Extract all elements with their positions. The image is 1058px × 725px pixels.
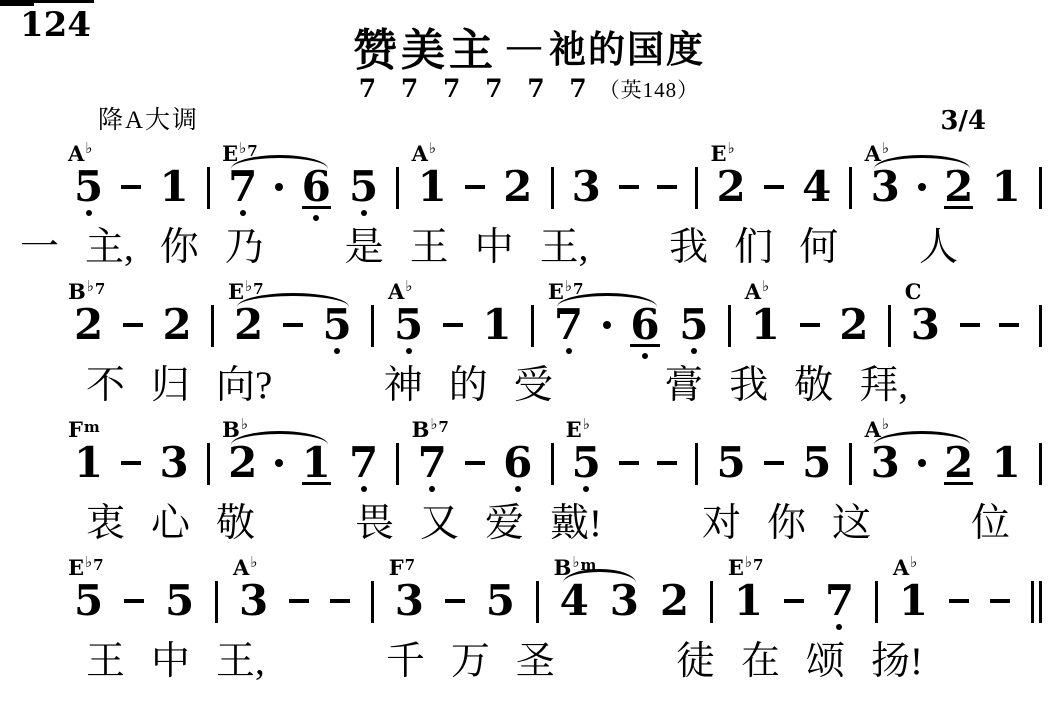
note: 2 [839,308,868,342]
chord-suffix: 7 [405,556,415,574]
lyric-syllable: 畏 [355,502,394,550]
barline [1039,305,1042,347]
flat-icon: ♭ [85,139,92,157]
sustain-dash [465,185,485,189]
lyric-phrase: 对你这 [702,502,871,550]
octave-dot [86,210,92,216]
note-digit: 1 [418,170,447,204]
sustain-dash [800,323,820,327]
octave-dot [429,486,435,492]
music-line-4: 5E♭753A♭3F754B♭m321E♭771A♭王中王,千万圣徒在颂扬! [0,550,1058,688]
note-digit: 5 [394,308,423,342]
note-digit: 2 [944,170,973,209]
sustain-dash [289,599,309,603]
note-digit: 2 [228,446,257,480]
lyric-syllable: 中 [475,226,514,274]
note-digit: 2 [839,308,868,342]
note: 3A♭ [239,584,268,618]
note-digit: 2 [660,584,689,618]
chord-symbol: B♭7 [412,419,449,440]
lyric-phrase: 王中王, [86,640,265,688]
note: 6 [302,170,331,221]
verse-number: 一 [20,226,59,274]
lyric-syllable: 是 [345,226,384,274]
octave-dot [515,486,521,492]
lyric-syllable: 膏 [664,364,703,412]
notation-row: 1Fm32B♭177B♭765E♭553A♭21 [74,446,1042,494]
barline [695,443,698,485]
chord-suffix: 7 [95,280,105,298]
note-digit: 3 [160,446,189,480]
lyric-syllable: 王 [86,640,125,688]
sustain-dash [465,461,485,465]
lyric-syllable: 王 [410,226,449,274]
note: 3A♭ [871,446,900,480]
lyric-syllable: 爱 [485,502,524,550]
note-digit: 7 [349,446,378,480]
note: 3C [911,308,940,342]
music-line-1: 5A♭17E♭7651A♭232E♭43A♭21一主,你乃是王中王,我们何人 [0,136,1058,274]
chord-root: E [68,555,84,580]
lyric-phrase: 是王中王, [345,226,589,274]
note: 5 [165,584,194,618]
note: 3A♭ [871,170,900,204]
barline [888,305,891,347]
octave-dot [583,486,589,492]
lyric-phrase: 神的受 [384,364,553,412]
notation-systems: 5A♭17E♭7651A♭232E♭43A♭21一主,你乃是王中王,我们何人2B… [0,136,1058,688]
note-digit: 3 [871,446,900,480]
flat-icon: ♭ [430,415,437,433]
note: 2 [162,308,191,342]
lyric-syllable: 又 [420,502,459,550]
chord-root: F [68,417,83,442]
note: 2 [944,446,973,485]
note: 7 [825,584,854,630]
lyric-syllable: 人 [919,226,958,274]
note: 7B♭7 [418,446,447,492]
sustain-dash [619,461,639,465]
flat-icon: ♭ [239,139,246,157]
barline [551,167,554,209]
augmentation-dot [603,321,611,329]
lyric-syllable: 颂 [806,640,845,688]
lyric-syllable: 我 [729,364,768,412]
chord-suffix: 7 [753,556,763,574]
chord-symbol: B♭7 [68,281,105,302]
note-digit: 5 [322,308,351,342]
key-row: 降A大调 3/4 [0,104,1058,136]
sustain-dash [443,323,463,327]
flat-icon: ♭ [565,277,572,295]
note-digit: 4 [802,170,831,204]
note: 1 [302,446,331,485]
note: 2E♭7 [234,308,263,342]
chord-symbol: E♭7 [728,557,764,578]
lyric-phrase: 人 [919,226,958,274]
hymn-number: 124 [20,8,91,42]
flat-icon: ♭ [241,415,248,433]
notation-row: 5A♭17E♭7651A♭232E♭43A♭21 [74,170,1042,218]
augmentation-dot [918,183,926,191]
note-digit: 2 [234,308,263,342]
lyric-syllable: 的 [449,364,488,412]
lyric-syllable: 王, [540,226,589,274]
note-digit: 6 [630,308,659,347]
note-digit: 7 [554,308,583,342]
note: 4 [802,170,831,204]
note: 7 [349,446,378,492]
chord-root: B [412,417,430,442]
barline [710,581,713,623]
note: 3 [572,170,601,204]
note-digit: 5 [74,170,103,204]
barline [207,167,210,209]
barline [849,443,852,485]
title-row: 赞美主—祂的国度 [0,0,1058,58]
lyric-phrase: 畏又爱戴! [355,502,602,550]
chord-symbol: A♭ [412,143,436,164]
note: 1 [992,446,1021,480]
note: 4B♭m [560,584,589,618]
note-digit: 5 [74,584,103,618]
note: 5 [486,584,515,618]
lyric-phrase: 不归向? [86,364,272,412]
note-digit: 1 [482,308,511,342]
flat-icon: ♭ [583,415,590,433]
flat-icon: ♭ [245,277,252,295]
note-digit: 1 [302,446,331,485]
final-barline [1031,581,1042,623]
chord-root: A [233,555,249,580]
note-digit: 2 [74,308,103,342]
sustain-dash [990,599,1010,603]
octave-dot [566,348,572,354]
flat-icon: ♭ [882,415,889,433]
note-digit: 5 [486,584,515,618]
flat-icon: ♭ [728,139,735,157]
chord-root: A [893,555,909,580]
note: 5 [717,446,746,480]
lyric-syllable: 你 [160,226,199,274]
barline [695,167,698,209]
chord-root: A [68,141,84,166]
chord-root: C [905,279,922,304]
note: 2 [503,170,532,204]
chord-root: A [412,141,428,166]
note: 1A♭ [899,584,928,618]
lyrics-row: 一主,你乃是王中王,我们何人 [0,226,1058,274]
hymn-title: 赞美主 [353,26,497,75]
chord-root: E [728,555,744,580]
barline [207,443,210,485]
barline [875,581,878,623]
octave-dot [334,348,340,354]
augmentation-dot [275,183,283,191]
barline [1039,581,1042,623]
flat-icon: ♭ [429,139,436,157]
lyric-phrase: 膏我敬拜, [664,364,908,412]
note: 5A♭ [74,170,103,216]
chord-root: A [745,279,761,304]
note: 7E♭7 [554,308,583,354]
sustain-dash [784,599,804,603]
sustain-dash [123,323,143,327]
note: 5 [802,446,831,480]
barline [531,305,534,347]
note: 1A♭ [418,170,447,204]
note-digit: 1 [751,308,780,342]
barline [371,305,374,347]
lyric-syllable: 乃 [225,226,264,274]
lyric-syllable: 戴! [550,502,602,550]
sustain-dash [330,599,350,603]
note: 2 [660,584,689,618]
note-digit: 2 [162,308,191,342]
note-digit: 3 [572,170,601,204]
barline [371,581,374,623]
lyric-phrase: 我们何 [669,226,838,274]
sustain-dash [657,185,677,189]
flat-icon: ♭ [882,139,889,157]
barline [211,305,214,347]
chord-root: F [389,555,404,580]
meter-numbers: 7 7 7 7 7 7 [359,74,595,103]
note: 3F7 [395,584,424,618]
note: 7E♭7 [228,170,257,216]
note-digit: 1 [160,170,189,204]
note-digit: 3 [871,170,900,204]
lyric-syllable: 衷 [86,502,125,550]
barline [849,167,852,209]
chord-symbol: A♭ [893,557,917,578]
barline [1039,167,1042,209]
lyrics-row: 不归向?神的受膏我敬拜, [0,364,1058,412]
lyric-syllable: 这 [832,502,871,550]
chord-symbol: F7 [389,557,415,578]
note-digit: 5 [802,446,831,480]
octave-dot [691,348,697,354]
sustain-dash [657,461,677,465]
barline [536,581,539,623]
music-line-3: 1Fm32B♭177B♭765E♭553A♭21衷心敬畏又爱戴!对你这位 [0,412,1058,550]
note: 2B♭ [228,446,257,480]
key-signature: 降A大调 [98,100,199,136]
lyric-phrase: 衷心敬 [86,502,255,550]
sustain-dash [764,185,784,189]
sustain-dash [445,599,465,603]
note-digit: 5 [717,446,746,480]
note-digit: 3 [239,584,268,618]
octave-dot [361,210,367,216]
note-digit: 5 [349,170,378,204]
lyric-syllable: 万 [451,640,490,688]
lyric-syllable: 拜, [859,364,908,412]
augmentation-dot [918,459,926,467]
flat-icon: ♭ [87,277,94,295]
chord-symbol: A♭ [745,281,769,302]
augmentation-dot [275,459,283,467]
note: 1 [992,170,1021,204]
note: 2E♭ [717,170,746,204]
lyric-phrase: 徒在颂扬! [676,640,923,688]
sustain-dash [121,461,141,465]
barline [728,305,731,347]
note-digit: 3 [610,584,639,618]
note-digit: 7 [418,446,447,480]
hymn-subtitle: 祂的国度 [549,29,705,70]
chord-root: A [388,279,404,304]
lyric-phrase: 千万圣 [386,640,555,688]
flat-icon: ♭ [762,277,769,295]
note-digit: 2 [944,446,973,485]
note-digit: 1 [992,446,1021,480]
barline [1031,581,1034,623]
lyric-syllable: 扬! [871,640,923,688]
note: 5 [679,308,708,354]
lyric-syllable: 主, [85,226,134,274]
octave-dot [406,348,412,354]
lyric-syllable: 在 [741,640,780,688]
time-signature: 3/4 [940,106,986,136]
lyric-syllable: 圣 [516,640,555,688]
note-digit: 7 [825,584,854,618]
note-digit: 5 [572,446,601,480]
lyric-syllable: 我 [669,226,708,274]
lyric-syllable: 千 [386,640,425,688]
octave-dot [240,210,246,216]
sustain-dash [949,599,969,603]
sustain-dash [121,185,141,189]
lyric-syllable: 敬 [794,364,833,412]
notation-row: 2B♭722E♭755A♭17E♭7651A♭23C [74,308,1042,356]
sustain-dash [619,185,639,189]
lyric-syllable: 向? [216,364,272,412]
lyric-syllable: 心 [151,502,190,550]
barline [396,167,399,209]
note-digit: 1 [734,584,763,618]
octave-dot [836,624,842,630]
lyric-syllable: 神 [384,364,423,412]
barline [396,443,399,485]
sustain-dash [960,323,980,327]
note: 6 [503,446,532,492]
chord-root: E [566,417,582,442]
chord-suffix: m [84,418,100,436]
meter-reference: （英148） [599,78,700,102]
chord-root: B [68,279,86,304]
meter-row: 7 7 7 7 7 7（英148） [0,74,1058,102]
note: 3 [610,584,639,618]
note-digit: 6 [302,170,331,209]
lyric-syllable: 敬 [216,502,255,550]
chord-suffix: 7 [438,418,448,436]
octave-dot [361,486,367,492]
chord-symbol: E♭ [711,143,735,164]
note-digit: 1 [899,584,928,618]
note-digit: 5 [165,584,194,618]
chord-suffix: 7 [93,556,103,574]
note-digit: 5 [679,308,708,342]
lyric-syllable: 位 [971,502,1010,550]
chord-symbol: Fm [68,419,100,440]
lyrics-row: 衷心敬畏又爱戴!对你这位 [0,502,1058,550]
note: 5 [349,170,378,216]
note: 1Fm [74,446,103,480]
note: 1 [482,308,511,342]
flat-icon: ♭ [405,277,412,295]
note-digit: 6 [503,446,532,480]
lyric-syllable: 不 [86,364,125,412]
note: 1 [160,170,189,204]
sustain-dash [764,461,784,465]
flat-icon: ♭ [85,553,92,571]
note: 5E♭ [572,446,601,492]
octave-dot [642,353,648,359]
lyric-syllable: 王, [216,640,265,688]
note-digit: 3 [911,308,940,342]
note: 1A♭ [751,308,780,342]
flat-icon: ♭ [910,553,917,571]
note: 5E♭7 [74,584,103,618]
note-digit: 1 [74,446,103,480]
title-dash: — [507,27,541,64]
sustain-dash [999,323,1019,327]
note-digit: 7 [228,170,257,204]
lyric-syllable: 们 [734,226,773,274]
chord-symbol: A♭ [233,557,257,578]
flat-icon: ♭ [572,553,579,571]
music-line-2: 2B♭722E♭755A♭17E♭7651A♭23C不归向?神的受膏我敬拜, [0,274,1058,412]
note-digit: 1 [992,170,1021,204]
note-digit: 3 [395,584,424,618]
note: 1E♭7 [734,584,763,618]
sustain-dash [283,323,303,327]
lyric-syllable: 受 [514,364,553,412]
lyric-phrase: 位 [971,502,1010,550]
note-digit: 2 [503,170,532,204]
lyrics-row: 王中王,千万圣徒在颂扬! [0,640,1058,688]
hymn-sheet-page: 124 赞美主—祂的国度 7 7 7 7 7 7（英148） 降A大调 3/4 … [0,0,1058,725]
chord-symbol: C [905,281,922,302]
lyric-syllable: 中 [151,640,190,688]
notation-row: 5E♭753A♭3F754B♭m321E♭771A♭ [74,584,1042,632]
barline [1039,443,1042,485]
flat-icon: ♭ [745,553,752,571]
lyric-syllable: 徒 [676,640,715,688]
lyric-phrase: 一主,你乃 [20,226,264,274]
note: 6 [630,308,659,359]
barline [215,581,218,623]
chord-symbol: E♭ [566,419,590,440]
lyric-syllable: 归 [151,364,190,412]
lyric-syllable: 对 [702,502,741,550]
chord-symbol: E♭7 [68,557,104,578]
flat-icon: ♭ [250,553,257,571]
lyric-syllable: 何 [799,226,838,274]
note: 5 [322,308,351,354]
barline [551,443,554,485]
note: 2 [944,170,973,209]
note: 2B♭7 [74,308,103,342]
note-digit: 2 [717,170,746,204]
chord-root: E [711,141,727,166]
note: 5A♭ [394,308,423,354]
sustain-dash [124,599,144,603]
chord-symbol: A♭ [388,281,412,302]
note: 3 [160,446,189,480]
octave-dot [313,215,319,221]
